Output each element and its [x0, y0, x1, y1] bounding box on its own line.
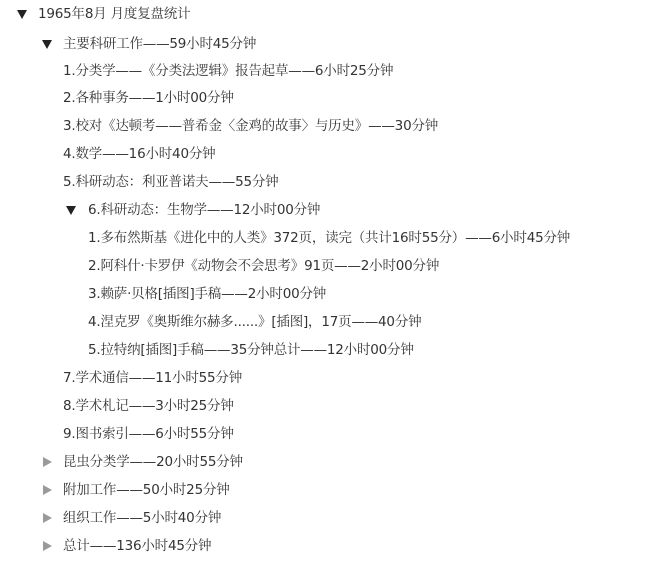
expanded-triangle-icon[interactable]	[40, 30, 54, 58]
section-title: 附加工作——50小时25分钟	[63, 476, 230, 504]
list-item-text: 5.拉特纳[插图]手稿——35分钟总计——12小时00分钟	[88, 336, 414, 364]
collapsed-triangle-icon[interactable]	[40, 504, 54, 532]
collapsed-triangle-icon[interactable]	[40, 476, 54, 504]
section-title: 昆虫分类学——20小时55分钟	[63, 448, 243, 476]
list-item-text: 3.赖萨·贝格[插图]手稿——2小时00分钟	[88, 280, 326, 308]
collapsed-triangle-icon[interactable]	[40, 532, 54, 560]
list-item-text: 1.多布然斯基《进化中的人类》372页，读完（共计16时55分）——6小时45分…	[88, 224, 570, 252]
list-item-text: 4.涅克罗《奥斯维尔赫多......》[插图]，17页——40分钟	[88, 308, 421, 336]
section-title: 总计——136小时45分钟	[63, 532, 211, 560]
list-item-text: 8.学术札记——3小时25分钟	[63, 392, 234, 420]
expanded-triangle-icon[interactable]	[64, 196, 78, 224]
main-research-title: 主要科研工作——59小时45分钟	[63, 30, 256, 58]
list-item-text: 5.科研动态：利亚普诺夫——55分钟	[63, 168, 278, 196]
expanded-triangle-icon[interactable]	[15, 0, 29, 28]
list-item-text: 3.校对《达顿考——普希金〈金鸡的故事〉与历史》——30分钟	[63, 112, 438, 140]
list-item-text: 4.数学——16小时40分钟	[63, 140, 215, 168]
section-title: 组织工作——5小时40分钟	[63, 504, 221, 532]
list-item-text: 1.分类学——《分类法逻辑》报告起草——6小时25分钟	[63, 57, 393, 85]
list-item-text: 9.图书索引——6小时55分钟	[63, 420, 234, 448]
list-item-text: 2.阿科什·卡罗伊《动物会不会思考》91页——2小时00分钟	[88, 252, 439, 280]
list-item-text: 7.学术通信——11小时55分钟	[63, 364, 242, 392]
root-title: 1965年8月 月度复盘统计	[38, 0, 190, 28]
biology-title: 6.科研动态：生物学——12小时00分钟	[88, 196, 320, 224]
collapsed-triangle-icon[interactable]	[40, 448, 54, 476]
list-item-text: 2.各种事务——1小时00分钟	[63, 84, 234, 112]
